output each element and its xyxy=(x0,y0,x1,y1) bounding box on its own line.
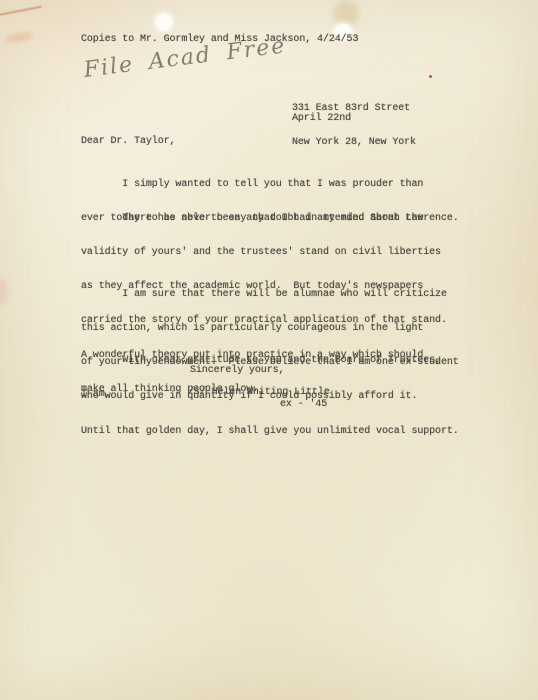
body-line: Until that golden day, I shall give you … xyxy=(81,426,459,437)
body-line: There has never been any doubt in my min… xyxy=(81,213,447,224)
date-line: April 22nd xyxy=(292,113,351,124)
body-line: I simply wanted to tell you that I was p… xyxy=(81,179,459,190)
address-line-2: New York 28, New York xyxy=(292,137,416,148)
orange-smudge xyxy=(4,31,33,44)
body-line: I am sure that there will be alumnae who… xyxy=(81,289,459,300)
scratch-mark xyxy=(0,6,42,16)
salutation: Dear Dr. Taylor, xyxy=(81,136,175,147)
closing-line: Sincerely yours, xyxy=(190,365,284,376)
body-paragraph-4: With great gratitude to you and the Boar… xyxy=(81,332,441,423)
class-year-line: ex - '45 xyxy=(280,399,327,410)
pink-edge-smudge xyxy=(0,278,8,304)
letter-page: Copies to Mr. Gormley and Miss Jackson, … xyxy=(0,0,538,700)
red-speck xyxy=(429,75,432,78)
tan-stain xyxy=(333,1,359,27)
body-line: validity of yours' and the trustees' sta… xyxy=(81,247,447,258)
punch-hole-spot-left xyxy=(156,14,172,30)
signature-line: /s/ Helen Whiting Little xyxy=(188,387,330,398)
